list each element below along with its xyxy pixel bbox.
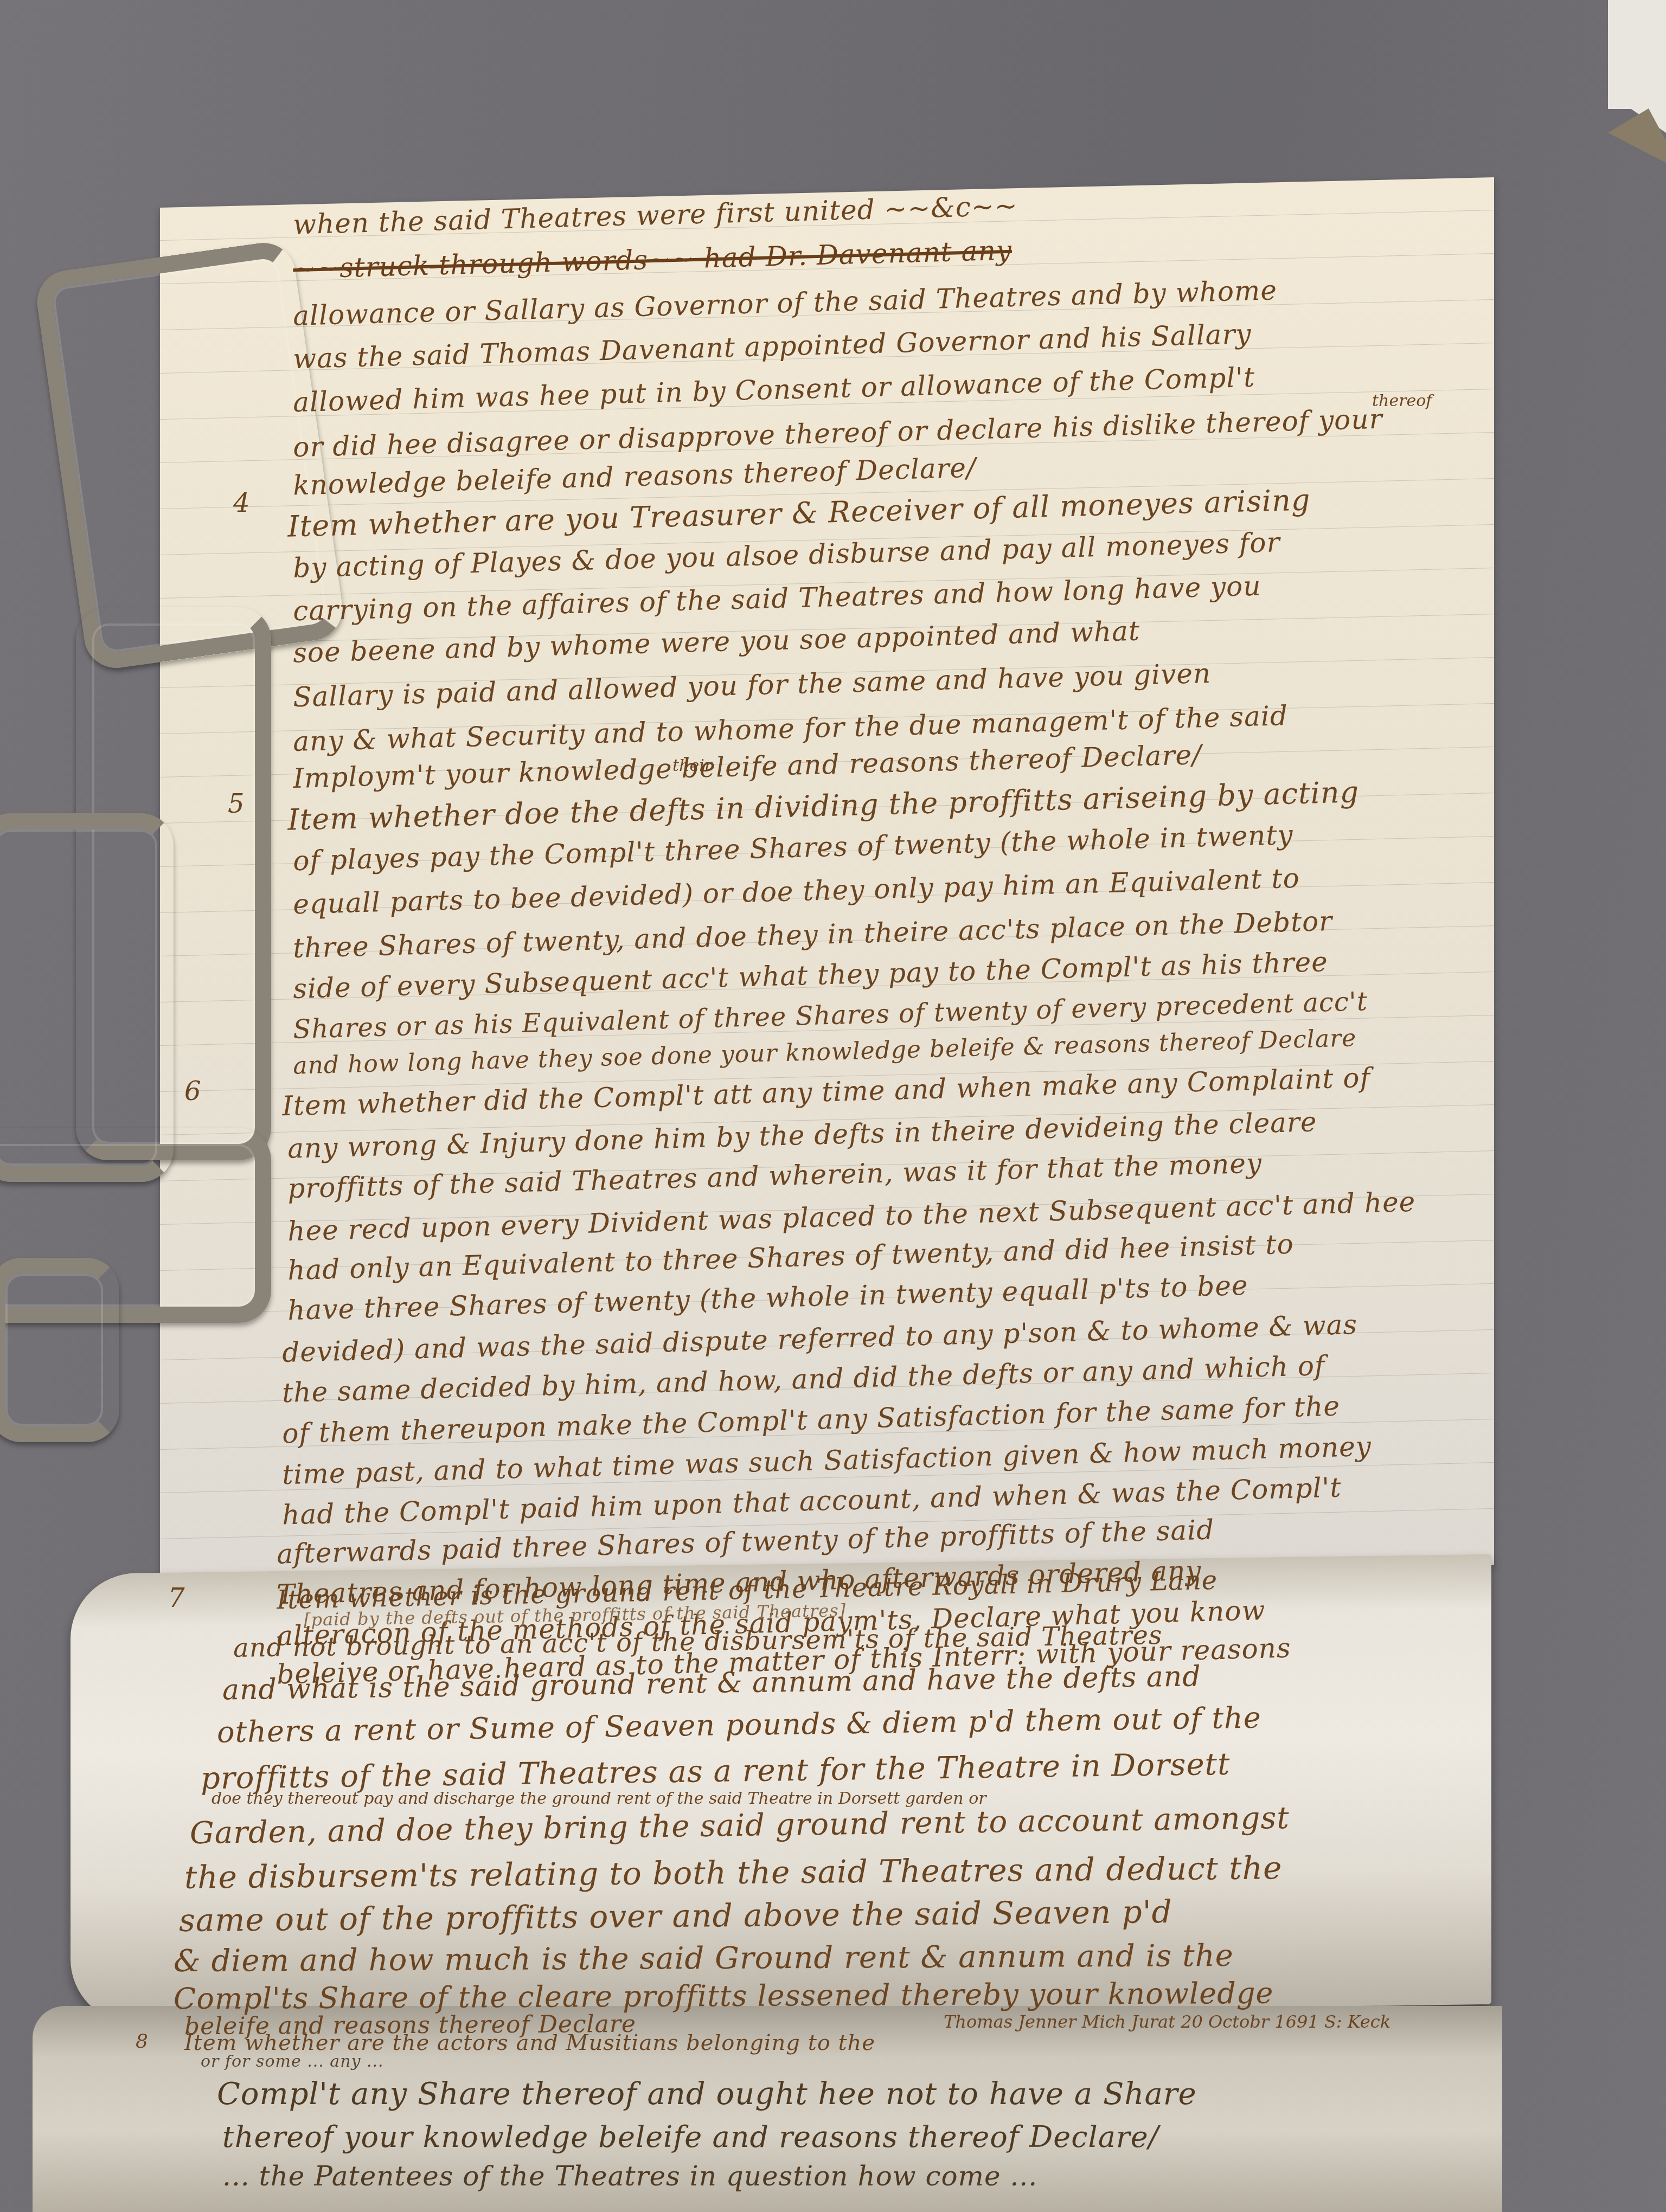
text-line: Sallary is paid and allowed you for the … (293, 658, 1212, 713)
item-number: 7 (168, 1583, 185, 1613)
item-number: 6 (184, 1076, 201, 1107)
text-line: ... the Patentees of the Theatres in que… (222, 2160, 1037, 2192)
item-number: 4 (233, 488, 250, 518)
signature-jurat: Thomas Jenner Mich Jurat 20 Octobr 1691 … (944, 2011, 1391, 2032)
text-line: same out of the proffitts over and above… (179, 1893, 1172, 1939)
text-line: others a rent or Sume of Seaven pounds &… (217, 1701, 1262, 1750)
text-line: the disbursem'ts relating to both the sa… (184, 1849, 1283, 1896)
item-number: 8 (136, 2030, 148, 2053)
text-line: thereof your knowledge beleife and reaso… (222, 2120, 1159, 2154)
text-line: Compl't any Share thereof and ought hee … (217, 2076, 1197, 2112)
item-number: 5 (228, 789, 245, 819)
manuscript-text: when the said Theatres were first united… (0, 0, 1666, 2212)
text-line: & diem and how much is the said Ground r… (174, 1938, 1234, 1979)
text-line: Compl'ts Share of the cleare proffitts l… (174, 1976, 1274, 2016)
text-line-faint: or for some ... any ... (201, 2052, 384, 2071)
text-line: when the said Theatres were first united… (292, 190, 1018, 241)
interlinear-insertion: their (672, 756, 712, 775)
interlinear-insertion: doe they thereout pay and discharge the … (212, 1789, 986, 1808)
text-line-struck: ~~struck-through words~~ had Dr. Davenan… (292, 235, 1012, 285)
